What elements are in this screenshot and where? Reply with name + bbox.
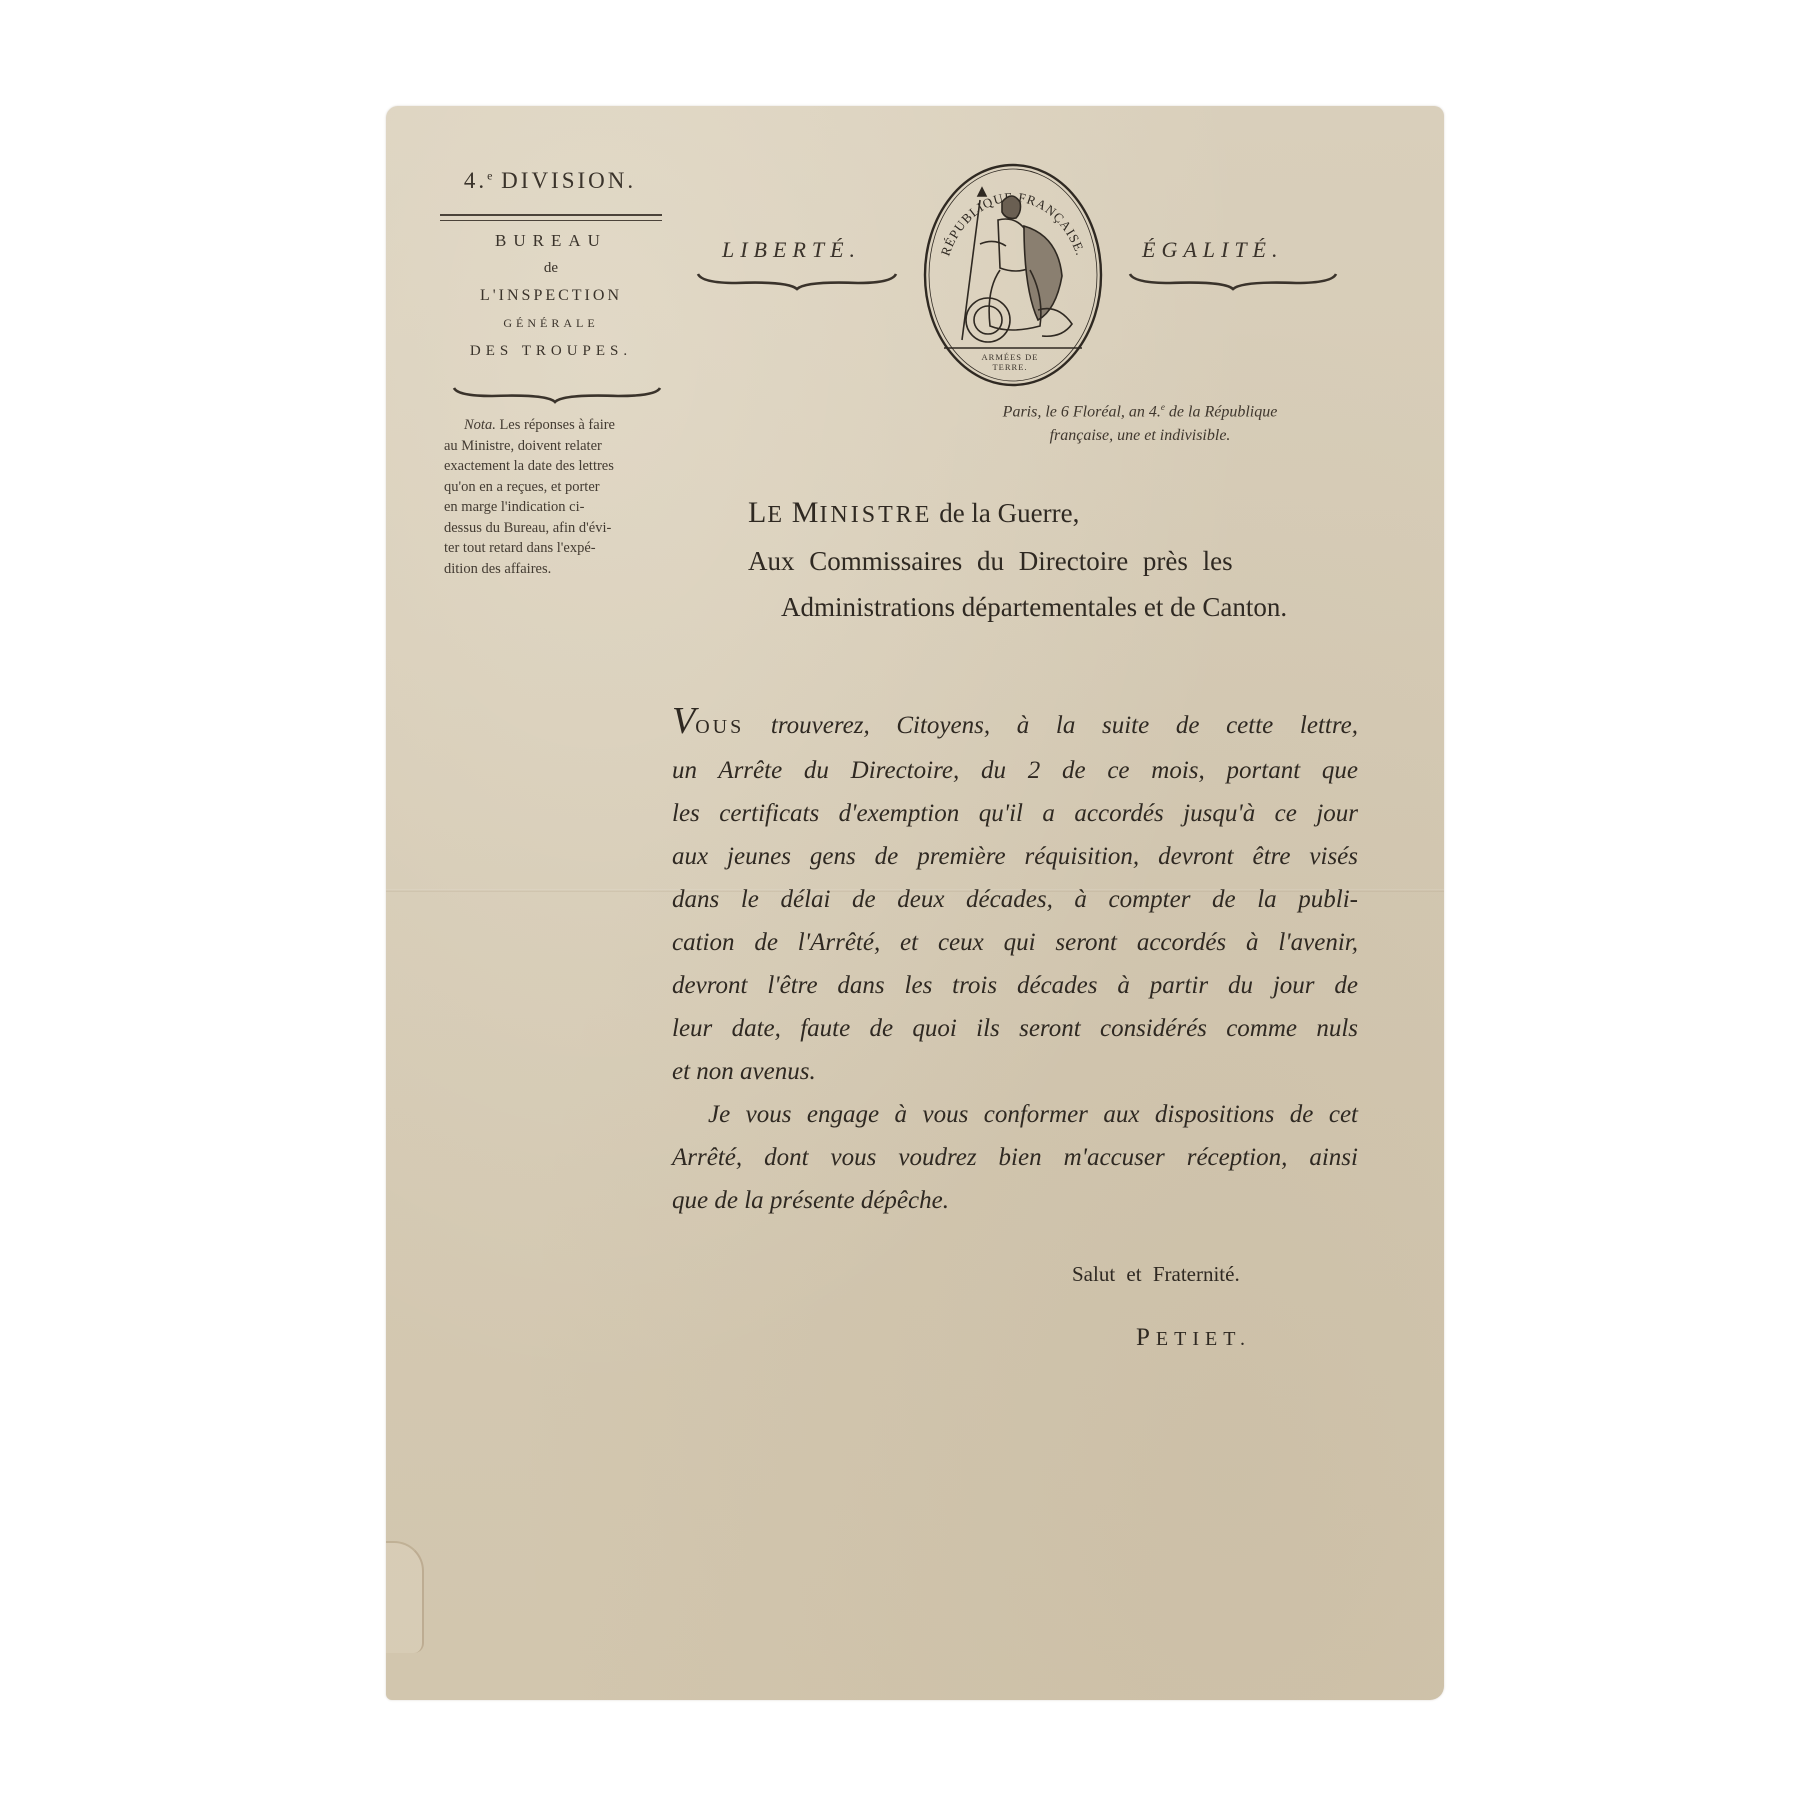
- brace-ornament-icon: [452, 382, 662, 406]
- body-line: les certificats d'exemption qu'il a acco…: [672, 792, 1358, 835]
- division-heading: 4.e DIVISION.: [440, 168, 660, 194]
- brace-ornament-icon: [1128, 270, 1338, 292]
- recipient-line: Aux Commissaires du Directoire près les: [748, 538, 1287, 584]
- nota-line: au Ministre, doivent relater: [444, 436, 662, 457]
- nota-line: exactement la date des lettres: [444, 456, 662, 477]
- bureau-line: de: [440, 261, 662, 276]
- letter-body: VOUS trouverez, Citoyens, à la suite de …: [672, 700, 1358, 1222]
- signature-cap: P: [1136, 1324, 1156, 1351]
- body-line: aux jeunes gens de première réquisition,…: [672, 835, 1358, 878]
- body-line: VOUS trouverez, Citoyens, à la suite de …: [672, 700, 1358, 749]
- sc-cap: M: [792, 496, 820, 529]
- bureau-line: DES TROUPES.: [440, 344, 662, 359]
- nota-label: Nota.: [464, 417, 496, 433]
- torn-corner: [386, 1541, 424, 1653]
- paragraph-1: VOUS trouverez, Citoyens, à la suite de …: [672, 700, 1358, 1093]
- small-caps: OUS: [695, 716, 744, 738]
- nota-line: ter tout retard dans l'expé-: [444, 538, 662, 559]
- sender-tail: de la Guerre,: [932, 498, 1079, 528]
- bureau-line: L'INSPECTION: [440, 288, 662, 304]
- nota-line: dessus du Bureau, afin d'évi-: [444, 518, 662, 539]
- division-label: DIVISION.: [501, 168, 636, 193]
- sender-line: LE MINISTRE de la Guerre,: [748, 490, 1287, 538]
- recipient-line: Administrations départementales et de Ca…: [748, 584, 1287, 630]
- drop-cap: V: [672, 700, 695, 742]
- body-line: devront l'être dans les trois décades à …: [672, 964, 1358, 1007]
- dateline: Paris, le 6 Floréal, an 4.e de la Républ…: [940, 395, 1340, 448]
- body-line: cation de l'Arrêté, et ceux qui seront a…: [672, 921, 1358, 964]
- signature-text: ETIET.: [1156, 1328, 1251, 1350]
- body-line: un Arrête du Directoire, du 2 de ce mois…: [672, 749, 1358, 792]
- nota-block: Nota. Les réponses à faire au Ministre, …: [444, 415, 662, 579]
- bureau-line: GÉNÉRALE: [440, 317, 662, 329]
- seal-bottom-text: ARMÉES DE TERRE.: [960, 352, 1060, 372]
- paragraph-2: Je vous engage à vous conformer aux disp…: [672, 1093, 1358, 1222]
- body-line: Arrêté, dont vous voudrez bien m'accuser…: [672, 1136, 1358, 1179]
- dateline-text: de la République: [1165, 403, 1277, 420]
- motto-liberte: LIBERTÉ.: [722, 237, 861, 263]
- bureau-heading: BUREAU de L'INSPECTION GÉNÉRALE DES TROU…: [440, 228, 662, 359]
- division-sup: e: [487, 168, 492, 182]
- body-line: et non avenus.: [672, 1050, 1358, 1093]
- seal-bottom-line: TERRE.: [960, 362, 1060, 372]
- seal-bottom-line: ARMÉES DE: [960, 352, 1060, 362]
- sc-cap: L: [748, 496, 767, 529]
- bureau-line: BUREAU: [440, 232, 662, 249]
- body-line: Je vous engage à vous conformer aux disp…: [672, 1093, 1358, 1136]
- division-number: 4.: [464, 168, 487, 193]
- closing-salutation: Salut et Fraternité.: [1072, 1262, 1240, 1287]
- nota-line: qu'on en a reçues, et porter: [444, 477, 662, 498]
- nota-line: dition des affaires.: [444, 559, 662, 580]
- double-rule-divider: [440, 214, 662, 221]
- nota-line: en marge l'indication ci-: [444, 497, 662, 518]
- brace-ornament-icon: [696, 270, 898, 292]
- body-line: que de la présente dépêche.: [672, 1179, 1358, 1222]
- body-line: dans le délai de deux décades, à compter…: [672, 878, 1358, 921]
- body-line: leur date, faute de quoi ils seront cons…: [672, 1007, 1358, 1050]
- line-text: trouverez, Citoyens, à la suite de cette…: [744, 712, 1358, 739]
- sc-text: E: [767, 502, 785, 528]
- nota-line: Les réponses à faire: [499, 417, 615, 433]
- signature: PETIET.: [1136, 1324, 1251, 1352]
- dateline-text: Paris, le 6 Floréal, an 4.: [1003, 403, 1161, 420]
- motto-egalite: ÉGALITÉ.: [1142, 237, 1284, 263]
- dateline-text: française, une et indivisible.: [940, 424, 1340, 448]
- address-block: LE MINISTRE de la Guerre, Aux Commissair…: [748, 490, 1287, 630]
- sc-text: INISTRE: [819, 502, 932, 528]
